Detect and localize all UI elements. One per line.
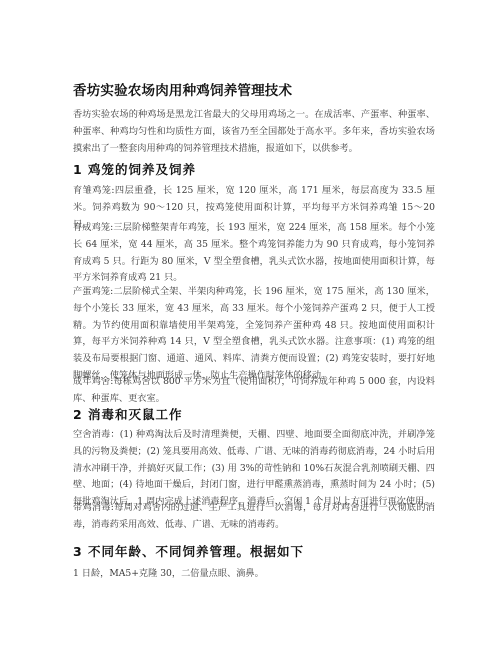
section-1-paragraph-growing-cage: 育成鸡笼:三层阶梯整架青年鸡笼，长 193 厘米，宽 224 厘米，高 158 … [73, 220, 435, 287]
section-2-heading: 2 消毒和灭鼠工作 [73, 405, 183, 423]
section-1-paragraph-adult-house: 成年鸡舍:每栋鸡舍以 800 平方米为宜（使用面积），可饲养成年种鸡 5 000… [73, 374, 435, 408]
intro-paragraph: 香坊实验农场的种鸡场是黑龙江省最大的父母用鸡场之一。在成活率、产蛋率、种蛋率、种… [73, 107, 435, 157]
section-2-paragraph-empty-house-disinfection: 空舍消毒：(1) 种鸡淘汰后及时清理粪便，天棚、四壁、地面要全面彻底冲洗，并刷净… [73, 427, 435, 511]
section-3-heading: 3 不同年龄、不同饲养管理。根据如下 [73, 542, 304, 560]
document-title: 香坊实验农场肉用种鸡饲养管理技术 [73, 79, 292, 99]
section-3-paragraph-day-1: 1 日龄，MA5+克隆 30，二倍量点眼、滴鼻。 [73, 566, 435, 583]
section-1-heading: 1 鸡笼的饲养及饲养 [73, 160, 196, 178]
section-1-paragraph-laying-cage: 产蛋鸡笼:二层阶梯式全架、半架肉种鸡笼，长 196 厘米，宽 175 厘米，高 … [73, 284, 435, 385]
section-2-paragraph-with-birds-disinfection: 带鸡消毒:每周对鸡舍内的过道、生产工具进行一次消毒，每月对鸡舍进行一次彻底的消毒… [73, 500, 435, 534]
